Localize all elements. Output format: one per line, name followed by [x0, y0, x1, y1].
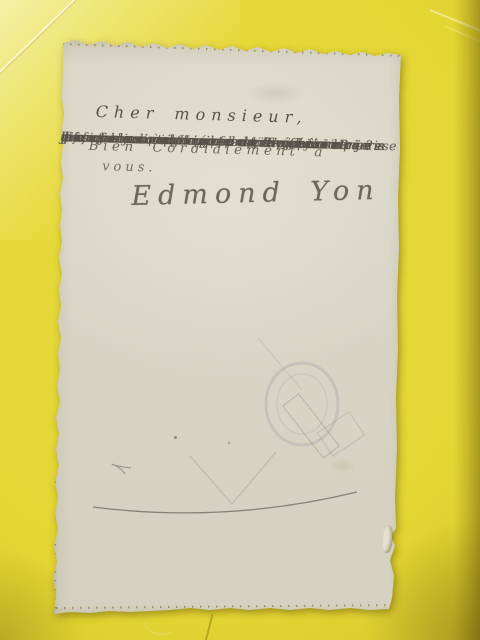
photograph: Cher monsieur, trouvez moi demeuré avoir…	[0, 0, 480, 640]
signature-flourish-underline	[85, 452, 375, 522]
letter-handwriting-block: Cher monsieur, trouvez moi demeuré avoir…	[59, 101, 404, 220]
signature-edmond-yon: Edmond Yon	[131, 174, 402, 212]
